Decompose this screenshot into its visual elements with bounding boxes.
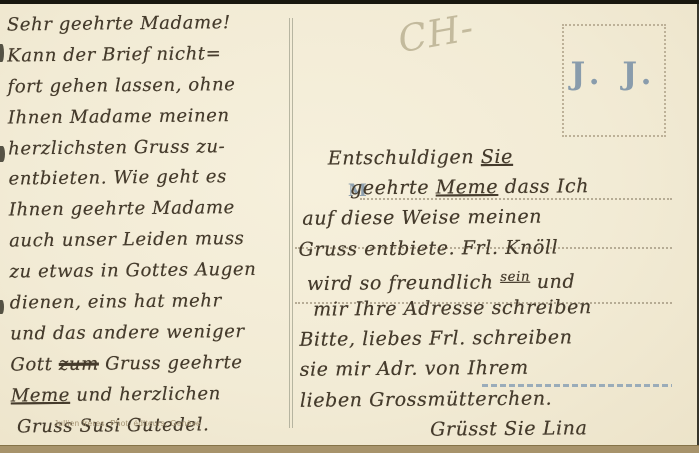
handwritten-line: Gott zum Gruss geehrte: [10, 347, 288, 381]
handwritten-line: dienen, eins hat mehr: [10, 286, 288, 320]
handwritten-line: Gruss entbiete. Frl. Knöll: [298, 231, 694, 265]
text-segment: geehrte: [350, 177, 436, 200]
stamp-box: J. J.: [562, 24, 666, 137]
handwritten-line: zu etwas in Gottes Augen: [9, 255, 287, 289]
scan-edge-top: [0, 0, 699, 4]
handwritten-line: Kann der Brief nicht=: [7, 38, 285, 72]
handwritten-signature-line: Grüsst Sie Lina: [300, 412, 696, 446]
message-left: Sehr geehrte Madame! Kann der Brief nich…: [7, 8, 290, 443]
struck-word: zum: [59, 353, 99, 374]
text-segment: Entschuldigen: [328, 146, 481, 169]
handwritten-line: Ihnen Madame meinen: [8, 100, 286, 134]
handwritten-line: Meme und herzlichen: [11, 378, 289, 412]
text-on-blue-line: von Ihrem: [425, 357, 529, 380]
underlined-word: Meme: [436, 176, 499, 199]
inserted-word: sein: [500, 269, 530, 284]
handwritten-line: und das andere weniger: [10, 316, 288, 350]
publisher-initials-stamp: J. J.: [564, 56, 664, 92]
handwritten-line: fort gehen lassen, ohne: [7, 69, 285, 103]
underlined-word: Sie: [481, 146, 513, 168]
message-right: Entschuldigen Sie geehrte Meme dass Ich …: [298, 140, 697, 445]
publisher-credit: Jullien frères, Phot. éditeurs, Genève: [54, 419, 201, 428]
scan-smudge: [0, 146, 5, 162]
handwritten-line: sie mir Adr. von Ihrem: [300, 352, 696, 386]
handwritten-line: mir Ihre Adresse schreiben: [299, 291, 695, 325]
text-segment: sie mir Adr.: [300, 358, 425, 381]
text-segment: Gott: [10, 354, 59, 376]
handwritten-line: entbieten. Wie geht es: [8, 162, 286, 196]
text-segment: Gruss geehrte: [99, 352, 243, 375]
handwritten-line: geehrte Meme dass Ich: [298, 170, 694, 204]
handwritten-line: wird so freundlich sein und: [299, 261, 695, 295]
text-segment: wird so freundlich: [307, 271, 501, 295]
handwritten-line: auf diese Weise meinen: [298, 201, 694, 235]
handwritten-line: Sehr geehrte Madame!: [7, 8, 285, 42]
handwritten-line: lieben Grossmütterchen.: [300, 382, 696, 416]
handwritten-line: auch unser Leiden muss: [9, 224, 287, 258]
center-divider-rule: [289, 18, 293, 428]
scan-edge-bottom: [0, 445, 699, 453]
text-segment: und herzlichen: [70, 383, 221, 406]
handwritten-line: Entschuldigen Sie: [298, 140, 694, 174]
handwritten-line: herzlichsten Gruss zu-: [8, 131, 286, 165]
underlined-word: Meme: [11, 385, 70, 407]
postcard-back: Sehr geehrte Madame! Kann der Brief nich…: [0, 0, 699, 453]
handwritten-line: Ihnen geehrte Madame: [9, 193, 287, 227]
scan-smudge: [0, 300, 4, 314]
text-segment: dass Ich: [498, 175, 589, 198]
handwritten-line: Bitte, liebes Frl. schreiben: [299, 321, 695, 355]
scan-smudge: [0, 44, 4, 62]
pencil-note: CH-: [395, 6, 477, 62]
text-segment: und: [530, 270, 575, 292]
